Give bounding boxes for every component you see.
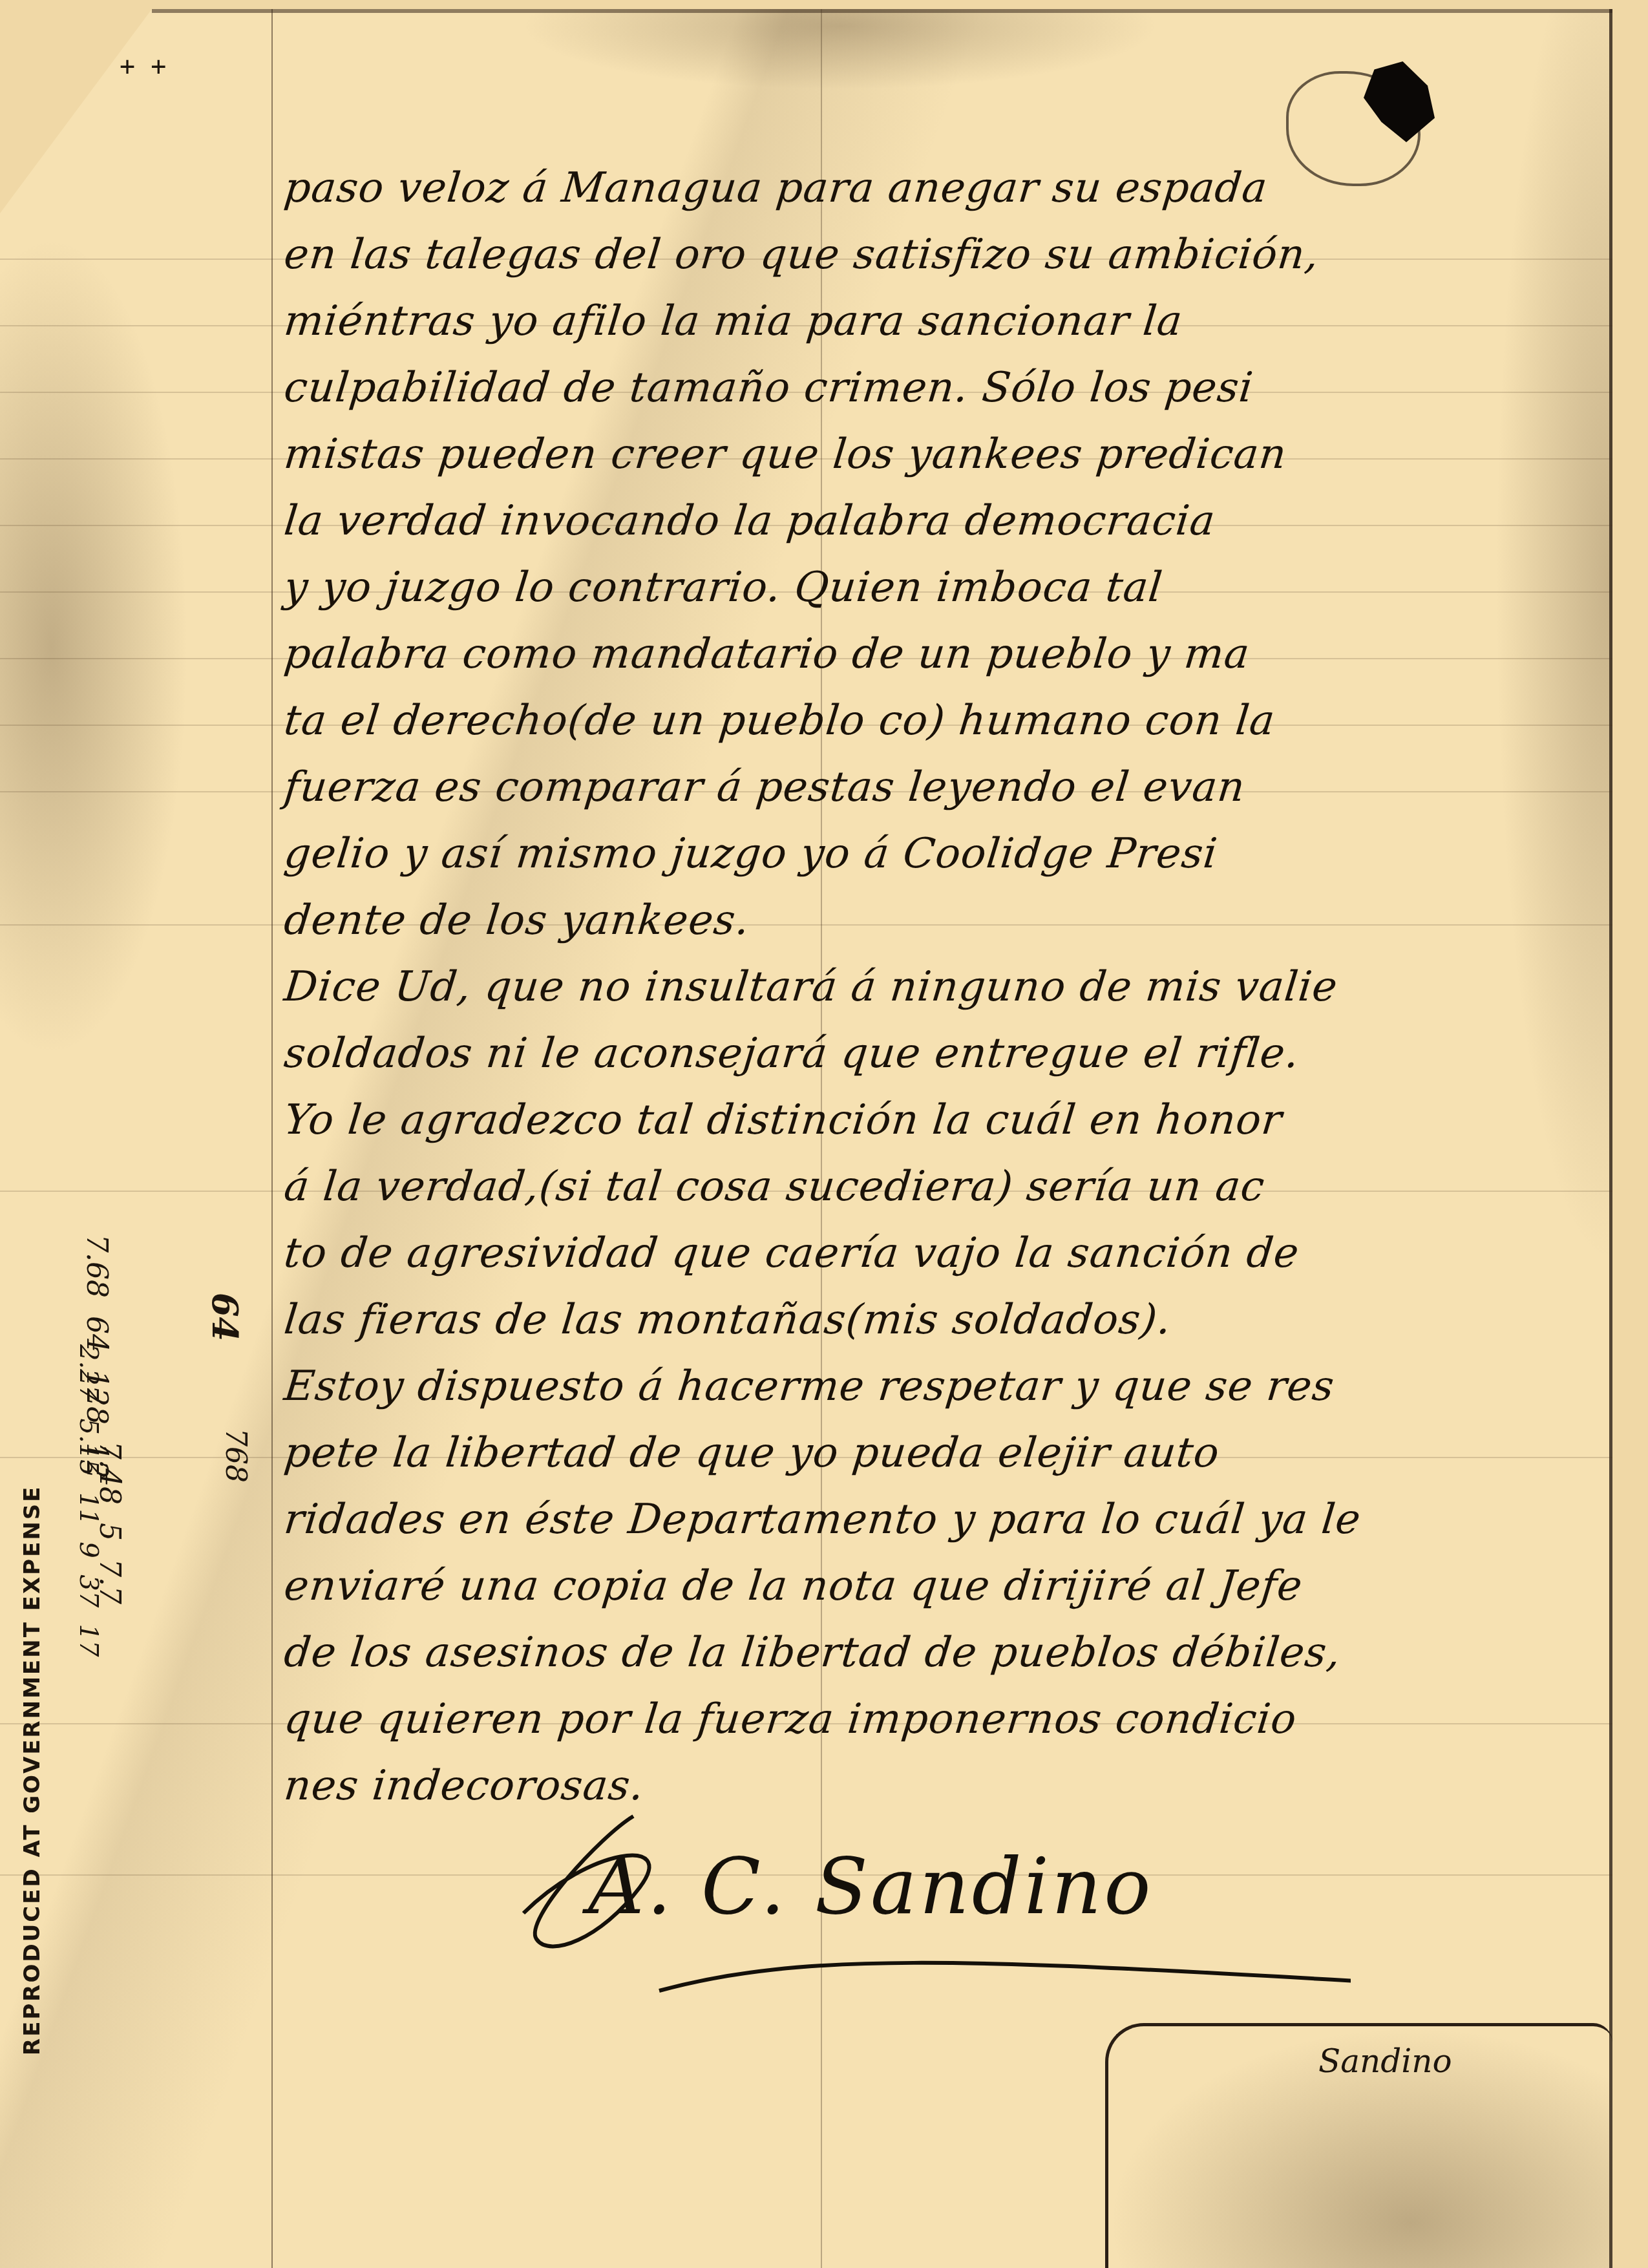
margin-line xyxy=(271,9,273,2268)
margin-calc-line: 7.68 xyxy=(80,1235,113,1298)
margin-calc: 64 xyxy=(204,1293,246,1341)
letter-line: ridades en éste Departamento y para lo c… xyxy=(281,1487,1594,1553)
letter-line: de los asesinos de la libertad de pueblo… xyxy=(281,1620,1594,1686)
letter-line: to de agresividad que caería vajo la san… xyxy=(281,1220,1594,1287)
letter-line: á la verdad,(si tal cosa sucediera) serí… xyxy=(281,1154,1594,1220)
letter-line: paso veloz á Managua para anegar su espa… xyxy=(281,155,1594,222)
patch-fragment-text: Sandino xyxy=(1318,2042,1452,2080)
margin-calc-line: 7.7 xyxy=(93,1559,126,1604)
letter-line: gelio y así mismo juzgo yo á Coolidge Pr… xyxy=(281,821,1594,887)
letter-line: dente de los yankees. xyxy=(281,887,1594,954)
top-border xyxy=(152,9,1612,13)
corner-marks: + + xyxy=(120,52,166,81)
letter-line: ta el derecho(de un pueblo co) humano co… xyxy=(281,688,1594,754)
letter-line: miéntras yo afilo la mia para sancionar … xyxy=(281,288,1594,355)
margin-calc-line: 7.48 xyxy=(93,1441,126,1505)
margin-calc: 768 xyxy=(219,1428,252,1483)
signature-text: A. C. Sandino xyxy=(588,1842,1154,1932)
right-border xyxy=(1609,9,1612,2268)
margin-calc: 7.48 5 7.7 xyxy=(93,1441,126,1604)
letter-line: soldados ni le aconsejará que entregue e… xyxy=(281,1021,1594,1087)
letter-line: la verdad invocando la palabra democraci… xyxy=(281,488,1594,555)
margin-calc-line: 64 xyxy=(204,1293,246,1341)
letter-line: pete la libertad de que yo pueda elejir … xyxy=(281,1420,1594,1487)
letter-line: que quieren por la fuerza imponernos con… xyxy=(281,1686,1594,1753)
margin-calc-line: 2.27 xyxy=(74,1344,103,1402)
letter-body: paso veloz á Managua para anegar su espa… xyxy=(284,155,1590,1819)
letter-line: Dice Ud, que no insultará á ninguno de m… xyxy=(281,954,1594,1021)
margin-calc-line: 768 xyxy=(219,1428,252,1483)
letter-line: culpabilidad de tamaño crimen. Sólo los … xyxy=(281,355,1594,421)
letter-line: Estoy dispuesto á hacerme respetar y que… xyxy=(281,1353,1594,1420)
letter-line: en las talegas del oro que satisfizo su … xyxy=(281,222,1594,288)
reproduction-stamp: REPRODUCED AT GOVERNMENT EXPENSE xyxy=(19,1485,45,2055)
margin-calc-line: 5 xyxy=(93,1523,126,1541)
letter-line: y yo juzgo lo contrario. Quien imboca ta… xyxy=(281,555,1594,621)
letter-line: las fieras de las montañas(mis soldados)… xyxy=(281,1287,1594,1353)
letter-line: fuerza es comparar á pestas leyendo el e… xyxy=(281,754,1594,821)
letter-line: enviaré una copia de la nota que dirijir… xyxy=(281,1553,1594,1620)
letter-line: palabra como mandatario de un pueblo y m… xyxy=(281,621,1594,688)
letter-line: Yo le agradezco tal distinción la cuál e… xyxy=(281,1087,1594,1154)
signature: A. C. Sandino xyxy=(511,1810,1351,2004)
letter-line: mistas pueden creer que los yankees pred… xyxy=(281,421,1594,488)
margin-calc-line: 17 xyxy=(74,1624,103,1657)
